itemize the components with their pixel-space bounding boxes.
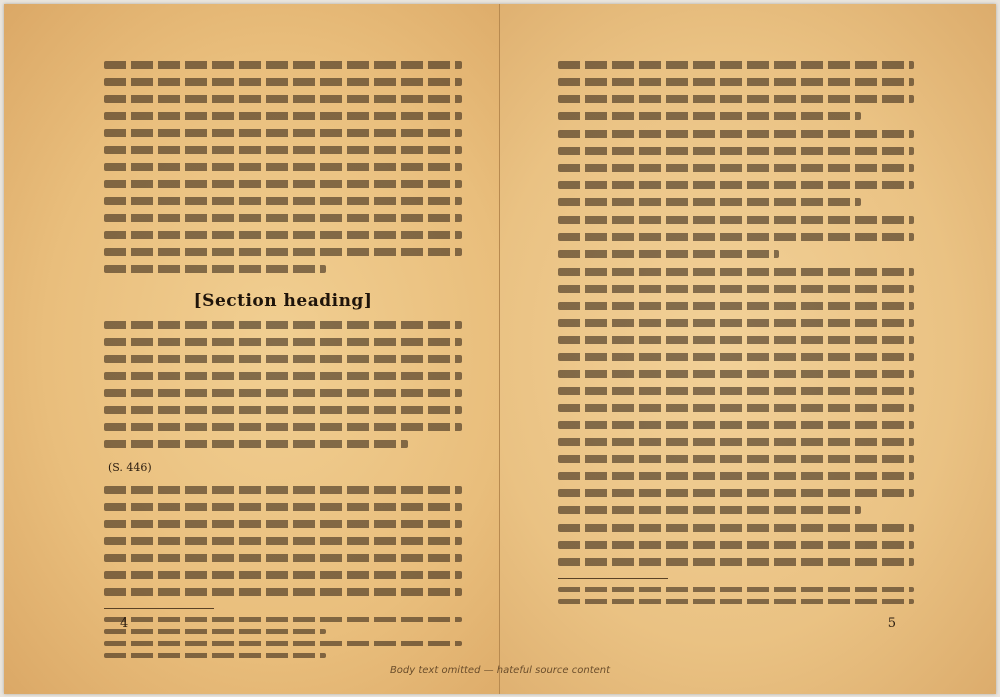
paragraph <box>558 61 914 120</box>
booklet-spread: [Section heading] (S. 446) 4 <box>4 4 996 694</box>
paragraph <box>558 216 914 258</box>
right-body <box>558 52 914 611</box>
page-number: 4 <box>120 616 128 631</box>
left-page: [Section heading] (S. 446) 4 <box>4 4 500 694</box>
footnote-divider <box>104 608 214 609</box>
content-notice: Body text omitted — hateful source conte… <box>4 665 996 676</box>
left-body-top: [Section heading] (S. 446) <box>104 52 462 665</box>
page-number: 5 <box>888 616 896 631</box>
footnote-divider <box>558 578 668 579</box>
paragraph: (S. 446) <box>104 321 462 476</box>
footnotes <box>104 617 462 658</box>
footnotes <box>558 587 914 604</box>
paragraph <box>104 486 462 596</box>
citation: (S. 446) <box>108 461 152 474</box>
section-heading: [Section heading] <box>104 291 462 311</box>
paragraph <box>104 61 462 273</box>
paragraph <box>558 130 914 206</box>
paragraph <box>558 524 914 566</box>
right-page: 5 <box>500 4 996 694</box>
paragraph <box>558 268 914 514</box>
